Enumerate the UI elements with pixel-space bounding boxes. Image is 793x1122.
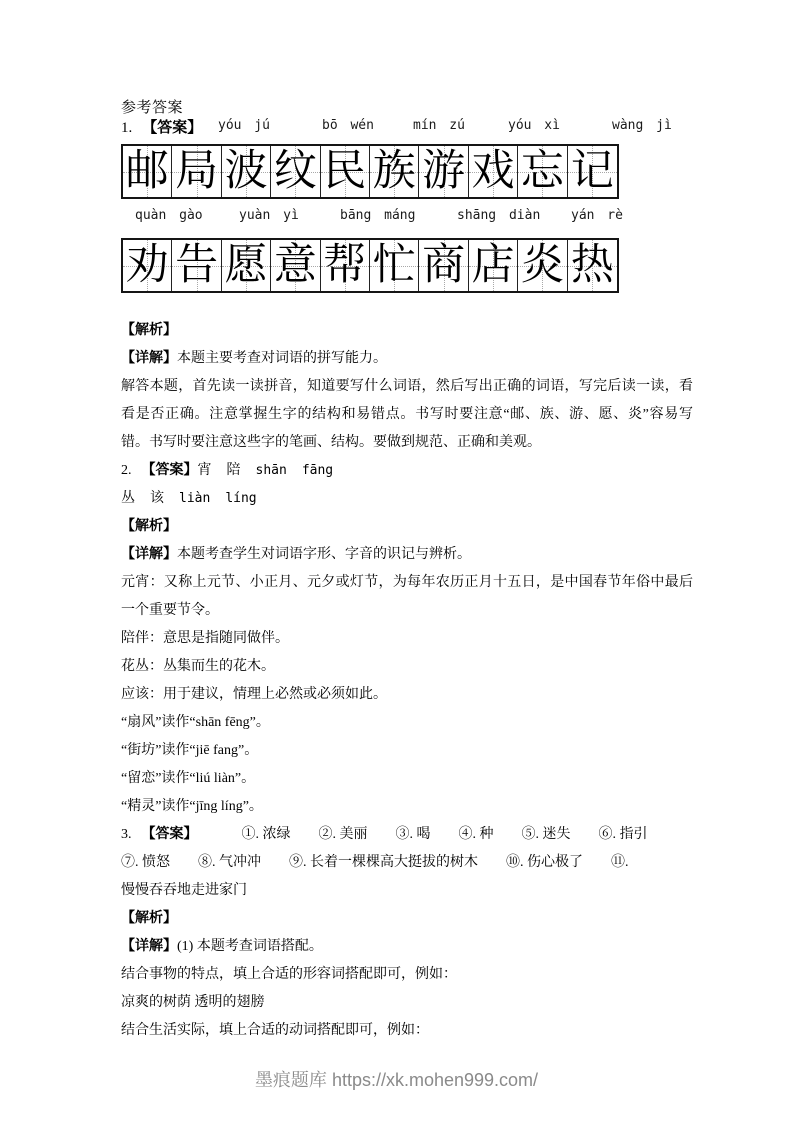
q1-detail-text: 本题主要考查对词语的拼写能力。 bbox=[177, 351, 387, 366]
analysis-label: 【解析】 bbox=[121, 323, 177, 338]
q3-answer-line-1: 3.【答案】①. 浓绿 ②. 美丽 ③. 喝 ④. 种 ⑤. 迷失 ⑥. 指引 bbox=[121, 821, 693, 849]
grid-character: 意 bbox=[271, 240, 319, 291]
note-line: 陪伴：意思是指随同做伴。 bbox=[121, 625, 693, 653]
q1-hanzi-grid-2: 劝告愿意帮忙商店炎热 bbox=[121, 238, 619, 293]
grid-character: 忙 bbox=[370, 240, 418, 291]
answer-hanzi: 宵 bbox=[198, 463, 212, 478]
grid-cell: 邮 bbox=[123, 146, 172, 197]
grid-character: 告 bbox=[172, 240, 220, 291]
q1-answer-label: 【答案】 bbox=[142, 120, 202, 136]
q2-notes: 元宵：又称上元节、小正月、元夕或灯节，为每年农历正月十五日，是中国春节年俗中最后… bbox=[121, 569, 693, 821]
pinyin-word: quàn gào bbox=[135, 208, 203, 223]
pinyin-word: bō wén bbox=[322, 118, 374, 133]
note-line: 结合事物的特点，填上合适的形容词搭配即可，例如： bbox=[121, 961, 693, 989]
grid-character: 邮 bbox=[123, 146, 171, 197]
q2-answer-line-2: 丛该liànlíng bbox=[121, 485, 693, 513]
grid-cell: 店 bbox=[469, 240, 518, 291]
pinyin-word: wàng jì bbox=[612, 118, 672, 133]
grid-character: 纹 bbox=[271, 146, 319, 197]
q1-number: 1. bbox=[121, 120, 132, 136]
q2-answer2-hanzi: 丛该 bbox=[121, 491, 179, 506]
q2-answer-label: 【答案】 bbox=[142, 463, 198, 478]
analysis-label: 【解析】 bbox=[121, 519, 177, 534]
q3-analysis-label: 【解析】 bbox=[121, 905, 693, 933]
site-watermark: 墨痕题库 https://xk.mohen999.com/ bbox=[0, 1066, 793, 1092]
pinyin-word: yán rè bbox=[571, 208, 623, 223]
q2-analysis-label: 【解析】 bbox=[121, 513, 693, 541]
grid-cell: 愿 bbox=[222, 240, 271, 291]
note-line: “精灵”读作“jīng líng”。 bbox=[121, 793, 693, 821]
answer-pinyin: fāng bbox=[302, 463, 333, 478]
pinyin-word: mín zú bbox=[413, 118, 465, 133]
grid-character: 炎 bbox=[518, 240, 566, 291]
grid-character: 记 bbox=[568, 146, 617, 197]
grid-character: 商 bbox=[419, 240, 467, 291]
analysis-label: 【解析】 bbox=[121, 911, 177, 926]
note-line: “留恋”读作“liú liàn”。 bbox=[121, 765, 693, 793]
q3-number: 3. bbox=[121, 827, 132, 842]
answer-hanzi: 丛 bbox=[121, 491, 135, 506]
q3-notes: 结合事物的特点，填上合适的形容词搭配即可，例如：凉爽的树荫 透明的翅膀结合生活实… bbox=[121, 961, 693, 1045]
grid-cell: 游 bbox=[419, 146, 468, 197]
grid-cell: 炎 bbox=[518, 240, 567, 291]
grid-cell: 热 bbox=[568, 240, 617, 291]
answer-pinyin: líng bbox=[225, 491, 256, 506]
grid-character: 民 bbox=[321, 146, 369, 197]
grid-character: 族 bbox=[370, 146, 418, 197]
q3-answer-line-2: ⑦. 愤怒 ⑧. 气冲冲 ⑨. 长着一棵棵高大挺拔的树木 ⑩. 伤心极了 ⑪. bbox=[121, 849, 693, 877]
grid-character: 忘 bbox=[518, 146, 566, 197]
grid-cell: 告 bbox=[172, 240, 221, 291]
grid-cell: 纹 bbox=[271, 146, 320, 197]
q2-detail-text: 本题考查学生对词语字形、字音的识记与辨析。 bbox=[177, 547, 471, 562]
grid-cell: 忘 bbox=[518, 146, 567, 197]
grid-character: 店 bbox=[469, 240, 517, 291]
note-line: 应该：用于建议，情理上必然或必须如此。 bbox=[121, 681, 693, 709]
grid-character: 愿 bbox=[222, 240, 270, 291]
page-title: 参考答案 bbox=[121, 96, 183, 117]
q3-detail-intro: 【详解】(1) 本题考查词语搭配。 bbox=[121, 933, 693, 961]
q2-answer-line-1: 2.【答案】宵陪shānfāng bbox=[121, 457, 693, 485]
answer-pinyin: shān bbox=[256, 463, 287, 478]
pinyin-word: yóu xì bbox=[508, 118, 560, 133]
note-line: 元宵：又称上元节、小正月、元夕或灯节，为每年农历正月十五日，是中国春节年俗中最后… bbox=[121, 569, 693, 625]
grid-cell: 商 bbox=[419, 240, 468, 291]
grid-cell: 族 bbox=[370, 146, 419, 197]
answer-hanzi: 该 bbox=[150, 491, 164, 506]
grid-cell: 帮 bbox=[321, 240, 370, 291]
q3-answer-line-3: 慢慢吞吞地走进家门 bbox=[121, 877, 693, 905]
q1-detail-body: 解答本题，首先读一读拼音，知道要写什么词语，然后写出正确的词语，写完后读一读，看… bbox=[121, 373, 693, 457]
solution-text: 【解析】 【详解】本题主要考查对词语的拼写能力。 解答本题，首先读一读拼音，知道… bbox=[121, 317, 693, 1045]
grid-cell: 民 bbox=[321, 146, 370, 197]
note-line: 结合生活实际，填上合适的动词搭配即可，例如： bbox=[121, 1017, 693, 1045]
q2-number: 2. bbox=[121, 463, 132, 478]
grid-cell: 波 bbox=[222, 146, 271, 197]
grid-character: 热 bbox=[568, 240, 617, 291]
pinyin-word: yuàn yì bbox=[239, 208, 299, 223]
grid-cell: 记 bbox=[568, 146, 617, 197]
grid-character: 局 bbox=[172, 146, 220, 197]
detail-label: 【详解】 bbox=[121, 939, 177, 954]
grid-character: 游 bbox=[419, 146, 467, 197]
pinyin-word: yóu jú bbox=[218, 118, 270, 133]
note-line: “扇风”读作“shān fēng”。 bbox=[121, 709, 693, 737]
grid-cell: 忙 bbox=[370, 240, 419, 291]
q3-answer-label: 【答案】 bbox=[142, 827, 198, 842]
detail-label: 【详解】 bbox=[121, 547, 177, 562]
answer-pinyin: liàn bbox=[179, 491, 210, 506]
q2-answer2-pinyin: liànlíng bbox=[179, 491, 272, 506]
grid-cell: 戏 bbox=[469, 146, 518, 197]
q1-pinyin-row-2: quàn gàoyuàn yìbāng mángshāng diànyán rè bbox=[121, 206, 741, 236]
q1-hanzi-grid-1: 邮局波纹民族游戏忘记 bbox=[121, 144, 619, 199]
grid-character: 帮 bbox=[321, 240, 369, 291]
q1-answer-line: 1.【答案】yóu júbō wénmín zúyóu xìwàng jì bbox=[121, 116, 741, 142]
grid-cell: 劝 bbox=[123, 240, 172, 291]
note-line: “街坊”读作“jiē fang”。 bbox=[121, 737, 693, 765]
q3-detail-text: (1) 本题考查词语搭配。 bbox=[177, 939, 323, 954]
detail-label: 【详解】 bbox=[121, 351, 177, 366]
grid-cell: 局 bbox=[172, 146, 221, 197]
q1-analysis-label: 【解析】 bbox=[121, 317, 693, 345]
grid-cell: 意 bbox=[271, 240, 320, 291]
q3-answer-items-1: ①. 浓绿 ②. 美丽 ③. 喝 ④. 种 ⑤. 迷失 ⑥. 指引 bbox=[242, 827, 648, 842]
grid-character: 波 bbox=[222, 146, 270, 197]
q2-answer1-pinyin: shānfāng bbox=[256, 463, 349, 478]
q2-detail-intro: 【详解】本题考查学生对词语字形、字音的识记与辨析。 bbox=[121, 541, 693, 569]
grid-character: 劝 bbox=[123, 240, 171, 291]
pinyin-word: shāng diàn bbox=[457, 208, 540, 223]
grid-character: 戏 bbox=[469, 146, 517, 197]
q2-answer1-hanzi: 宵陪 bbox=[198, 463, 256, 478]
note-line: 凉爽的树荫 透明的翅膀 bbox=[121, 989, 693, 1017]
pinyin-word: bāng máng bbox=[340, 208, 415, 223]
answer-hanzi: 陪 bbox=[227, 463, 241, 478]
answer-sheet-page: 参考答案 1.【答案】yóu júbō wénmín zúyóu xìwàng … bbox=[0, 0, 793, 1122]
note-line: 花丛：丛集而生的花木。 bbox=[121, 653, 693, 681]
q1-detail-intro: 【详解】本题主要考查对词语的拼写能力。 bbox=[121, 345, 693, 373]
